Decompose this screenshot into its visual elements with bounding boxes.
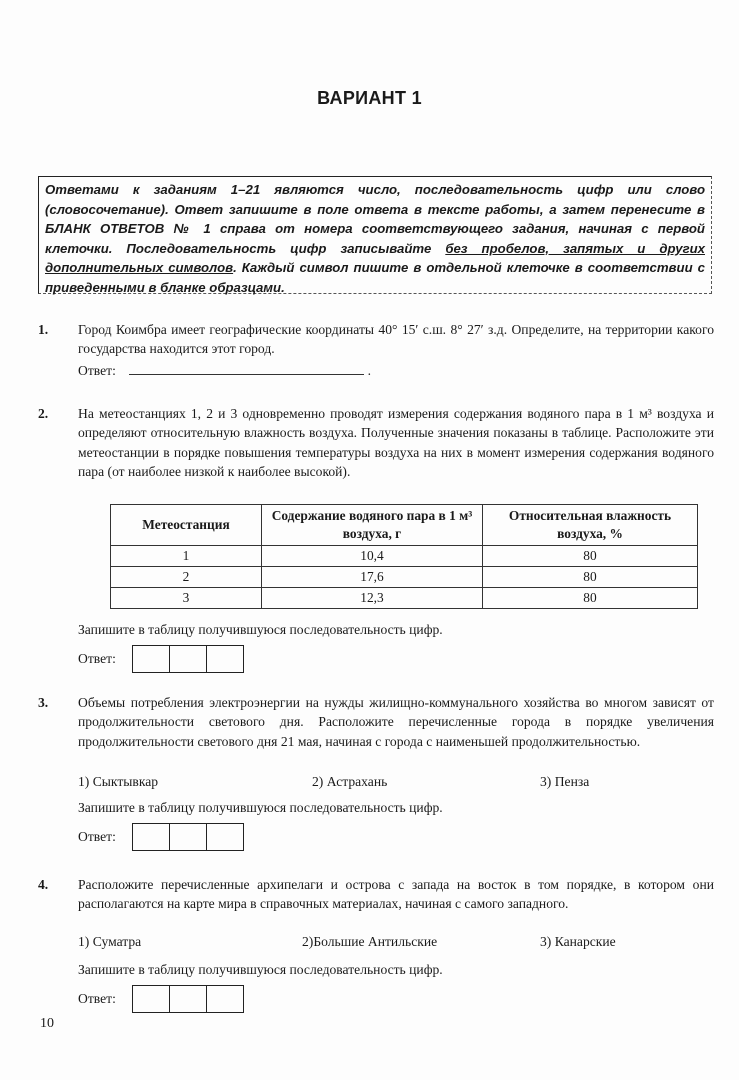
table-cell: 1 [111,546,262,567]
answer-field-1[interactable] [129,362,364,375]
table-cell: 12,3 [262,588,483,609]
question-text: Расположите перечисленные архипелаги и о… [78,875,714,914]
page-number: 10 [40,1016,54,1032]
table-cell: 3 [111,588,262,609]
instruction-3: Запишите в таблицу получившуюся последов… [78,800,443,816]
answer-box-3: Ответ: [78,823,244,851]
table-cell: 80 [483,567,698,588]
table-cell: 2 [111,567,262,588]
answer-cells-3[interactable] [132,823,244,851]
answer-label: Ответ: [78,363,116,378]
option: 2)Большие Антильские [302,934,437,950]
option: 2) Астрахань [312,774,387,790]
question-number: 3. [38,693,48,712]
question-text: Город Коимбра имеет географические коорд… [78,320,714,359]
question-text: На метеостанциях 1, 2 и 3 одновременно п… [78,404,714,482]
table-header: Содержание водяного пара в 1 м³ воздуха,… [262,505,483,546]
answer-line-1: Ответ: . [78,362,371,379]
exam-page: ВАРИАНТ 1 Ответами к заданиям 1–21 являю… [0,0,739,1080]
question-number: 2. [38,404,48,423]
question-number: 1. [38,320,48,339]
table-cell: 10,4 [262,546,483,567]
table-header: Относительная влажность воздуха, % [483,505,698,546]
option: 3) Канарские [540,934,616,950]
answer-cells-4[interactable] [132,985,244,1013]
option: 1) Сыктывкар [78,774,158,790]
answer-label: Ответ: [78,829,116,845]
table-cell: 80 [483,546,698,567]
table-row: 2 17,6 80 [111,567,698,588]
instruction-2: Запишите в таблицу получившуюся последов… [78,622,443,638]
table-cell: 17,6 [262,567,483,588]
answer-box-2: Ответ: [78,645,244,673]
option: 1) Суматра [78,934,141,950]
option: 3) Пенза [540,774,589,790]
table-header: Метеостанция [111,505,262,546]
question-number: 4. [38,875,48,894]
table-cell: 80 [483,588,698,609]
table-row: 3 12,3 80 [111,588,698,609]
table-row: 1 10,4 80 [111,546,698,567]
answer-box-4: Ответ: [78,985,244,1013]
answer-label: Ответ: [78,991,116,1007]
instruction-4: Запишите в таблицу получившуюся последов… [78,962,443,978]
variant-title: ВАРИАНТ 1 [0,88,739,109]
data-table: Метеостанция Содержание водяного пара в … [110,504,698,609]
question-text: Объемы потребления электроэнергии на нуж… [78,693,714,751]
answer-label: Ответ: [78,651,116,667]
instructions-box: Ответами к заданиям 1–21 являются число,… [38,176,712,294]
answer-cells-2[interactable] [132,645,244,673]
